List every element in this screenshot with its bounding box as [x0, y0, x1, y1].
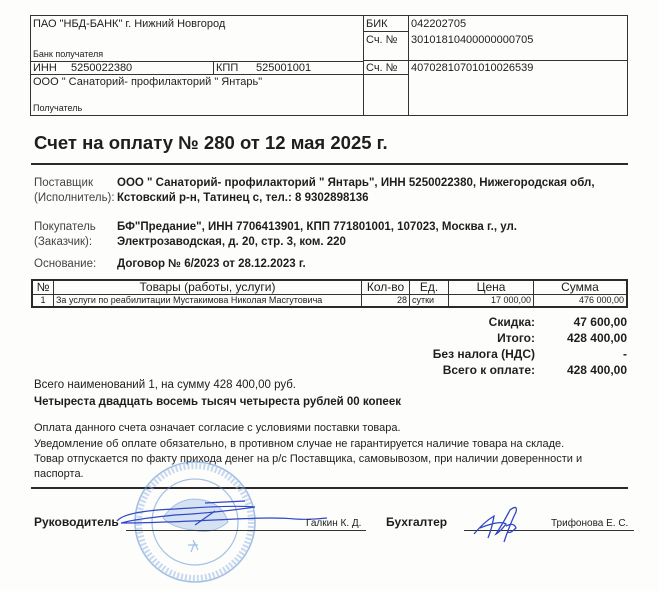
- row-qty: 28: [362, 295, 410, 308]
- total-label: Итого:: [497, 330, 535, 346]
- table-row: 1 За услуги по реабилитации Мустакимова …: [32, 295, 627, 308]
- bank-details-table: ПАО "НБД-БАНК" г. Нижний Новгород Банк п…: [30, 15, 628, 116]
- buyer-line-2: Электрозаводская, д. 20, стр. 3, ком. 22…: [117, 235, 346, 250]
- row-name: За услуги по реабилитации Мустакимова Ни…: [54, 295, 362, 308]
- basis-label: Основание:: [34, 257, 96, 272]
- buyer-line-1: БФ"Предание", ИНН 7706413901, КПП 771801…: [117, 220, 517, 235]
- discount-label: Скидка:: [489, 314, 535, 330]
- corr-account-label: Сч. №: [366, 34, 397, 47]
- signature-rule: [31, 487, 628, 489]
- accountant-signature-icon: [470, 502, 540, 544]
- recipient-caption: Получатель: [33, 103, 82, 114]
- bank-caption: Банк получателя: [33, 49, 103, 60]
- bik-label: БИК: [366, 18, 388, 31]
- note-1: Оплата данного счета означает согласие с…: [34, 421, 401, 436]
- divider: [363, 60, 627, 61]
- items-count-line: Всего наименований 1, на сумму 428 400,0…: [34, 378, 296, 393]
- bank-name: ПАО "НБД-БАНК" г. Нижний Новгород: [33, 18, 225, 31]
- basis-value: Договор № 6/2023 от 28.12.2023 г.: [117, 257, 306, 272]
- divider: [363, 31, 408, 32]
- kpp-label: КПП: [216, 62, 238, 75]
- director-name: Галкин К. Д.: [306, 518, 361, 529]
- total-value: 428 400,00: [567, 330, 627, 346]
- col-qty: Кол-во: [362, 280, 410, 295]
- items-table: № Товары (работы, услуги) Кол-во Ед. Цен…: [31, 279, 628, 308]
- director-signature-line: [126, 530, 366, 531]
- corr-account-value: 30101810400000000705: [411, 34, 533, 47]
- col-unit: Ед.: [410, 280, 449, 295]
- col-sum: Сумма: [534, 280, 628, 295]
- inn-label: ИНН: [33, 62, 57, 75]
- accountant-name: Трифонова Е. С.: [551, 518, 628, 529]
- divider: [408, 16, 409, 115]
- account-value: 40702810701010026539: [411, 62, 533, 75]
- bik-value: 042202705: [411, 18, 466, 31]
- payable-label: Всего к оплате:: [443, 362, 535, 378]
- kpp-value: 525001001: [256, 62, 311, 75]
- note-2: Уведомление об оплате обязательно, в про…: [34, 437, 564, 452]
- supplier-line-2: Кстовский р-н, Татинец с, тел.: 8 930289…: [117, 191, 369, 206]
- row-price: 17 000,00: [449, 295, 534, 308]
- col-num: №: [32, 280, 54, 295]
- account-label: Сч. №: [366, 62, 397, 75]
- discount-value: 47 600,00: [574, 314, 627, 330]
- row-sum: 476 000,00: [534, 295, 628, 308]
- accountant-label: Бухгалтер: [386, 515, 447, 529]
- supplier-label-2: (Исполнитель):: [34, 191, 115, 206]
- divider: [213, 61, 214, 74]
- row-unit: сутки: [410, 295, 449, 308]
- director-label: Руководитель: [34, 515, 119, 529]
- recipient-name: ООО " Санаторий- профилакторий " Янтарь": [33, 76, 262, 89]
- table-header-row: № Товары (работы, услуги) Кол-во Ед. Цен…: [32, 280, 627, 295]
- supplier-line-1: ООО " Санаторий- профилакторий " Янтарь"…: [117, 176, 595, 191]
- note-3: Товар отпускается по факту прихода денег…: [34, 452, 582, 467]
- note-4: паспорта.: [34, 467, 84, 482]
- amount-in-words: Четыреста двадцать восемь тысяч четырест…: [34, 396, 401, 408]
- buyer-label: Покупатель: [34, 220, 96, 235]
- vat-label: Без налога (НДС): [433, 346, 535, 362]
- col-name: Товары (работы, услуги): [54, 280, 362, 295]
- payable-value: 428 400,00: [567, 362, 627, 378]
- buyer-label-2: (Заказчик):: [34, 235, 92, 250]
- supplier-label: Поставщик: [34, 176, 93, 191]
- title-rule: [31, 163, 628, 165]
- invoice-title: Счет на оплату № 280 от 12 мая 2025 г.: [34, 132, 388, 154]
- director-signature-icon: [115, 493, 330, 533]
- inn-value: 5250022380: [71, 62, 132, 75]
- vat-value: -: [623, 346, 627, 362]
- col-price: Цена: [449, 280, 534, 295]
- row-num: 1: [32, 295, 54, 308]
